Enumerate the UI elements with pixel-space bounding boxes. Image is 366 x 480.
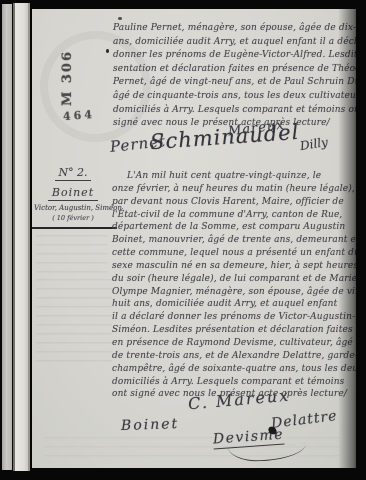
bleed-through-text xyxy=(36,235,108,273)
act-2-text: L'An mil huit cent quatre-vingt-quinze, … xyxy=(112,170,356,401)
margin-surname: Boinet xyxy=(48,186,98,201)
archive-stamp-m306: M 306 xyxy=(37,48,97,108)
scanned-register-photo: M 306 464 Pauline Pernet, ménagère, son … xyxy=(0,0,366,480)
act-number: N° 2. xyxy=(55,166,90,181)
register-page: M 306 464 Pauline Pernet, ménagère, son … xyxy=(32,9,356,468)
act-previous-text: Pauline Pernet, ménagère, son épouse, âg… xyxy=(113,22,356,131)
manuscript-line: ans, domiciliée audit Arry, et auquel en… xyxy=(113,36,356,50)
manuscript-line: Siméon. Lesdites présentation et déclara… xyxy=(112,324,356,337)
manuscript-line: en présence de Raymond Devisme, cultivat… xyxy=(112,337,356,350)
manuscript-line: huit ans, domiciliée audit Arry, et auqu… xyxy=(112,298,356,311)
manuscript-line: donner les prénoms de Eugène-Victor-Alfr… xyxy=(113,49,356,63)
scan-speck xyxy=(118,17,122,20)
margin-rule xyxy=(32,227,117,229)
manuscript-line: domiciliés à Arry. Lesquels comparant et… xyxy=(112,376,356,389)
manuscript-line: onze février, à neuf heures du matin (he… xyxy=(112,183,356,196)
margin-note: N° 2. Boinet Victor, Augustin, Siméon ( … xyxy=(34,161,112,222)
manuscript-line: du soir (heure légale), de lui comparant… xyxy=(112,273,356,286)
manuscript-line: Olympe Magnier, ménagère, son épouse, âg… xyxy=(112,286,356,299)
manuscript-line: L'An mil huit cent quatre-vingt-quinze, … xyxy=(112,170,356,183)
manuscript-line: Boinet, manouvrier, âgé de trente ans, d… xyxy=(112,234,356,247)
manuscript-line: Pauline Pernet, ménagère, son épouse, âg… xyxy=(113,22,356,36)
page-number-stamp: 464 xyxy=(63,108,96,123)
manuscript-line: cette commune, lequel nous a présenté un… xyxy=(112,247,356,260)
manuscript-line: par devant nous Clovis Harent, Maire, of… xyxy=(112,196,356,209)
bleed-through-text xyxy=(36,279,112,363)
margin-date: ( 10 février ) xyxy=(34,214,112,222)
manuscript-line: domiciliés à Arry. Lesquels comparant et… xyxy=(113,104,356,118)
manuscript-line: sexe masculin né en sa demeure, hier, à … xyxy=(112,260,356,273)
manuscript-line: champêtre, âgé de soixante-quatre ans, t… xyxy=(112,363,356,376)
book-edge-strip xyxy=(2,4,12,470)
manuscript-line: de trente-trois ans, et de Alexandre Del… xyxy=(112,350,356,363)
signature-delattre: Delattre xyxy=(270,408,338,432)
manuscript-line: il a déclaré donner les prénoms de Victo… xyxy=(112,311,356,324)
manuscript-line: Pernet, âgé de vingt-neuf ans, et de Pau… xyxy=(113,76,356,90)
previous-page-edge xyxy=(13,3,30,471)
manuscript-line: département de la Somme, est comparu Aug… xyxy=(112,221,356,234)
manuscript-line: l'État-civil de la commune d'Arry, canto… xyxy=(112,209,356,222)
signature-dilly: Dilly xyxy=(299,135,329,153)
page-gutter-shadow xyxy=(338,0,366,480)
signature-boinet: Boinet xyxy=(121,416,180,434)
manuscript-line: âgé de cinquante-trois ans, tous les deu… xyxy=(113,90,356,104)
manuscript-line: sentation et déclaration faites en prése… xyxy=(113,63,356,77)
margin-given-names: Victor, Augustin, Siméon xyxy=(34,204,112,212)
scan-speck xyxy=(106,49,109,53)
